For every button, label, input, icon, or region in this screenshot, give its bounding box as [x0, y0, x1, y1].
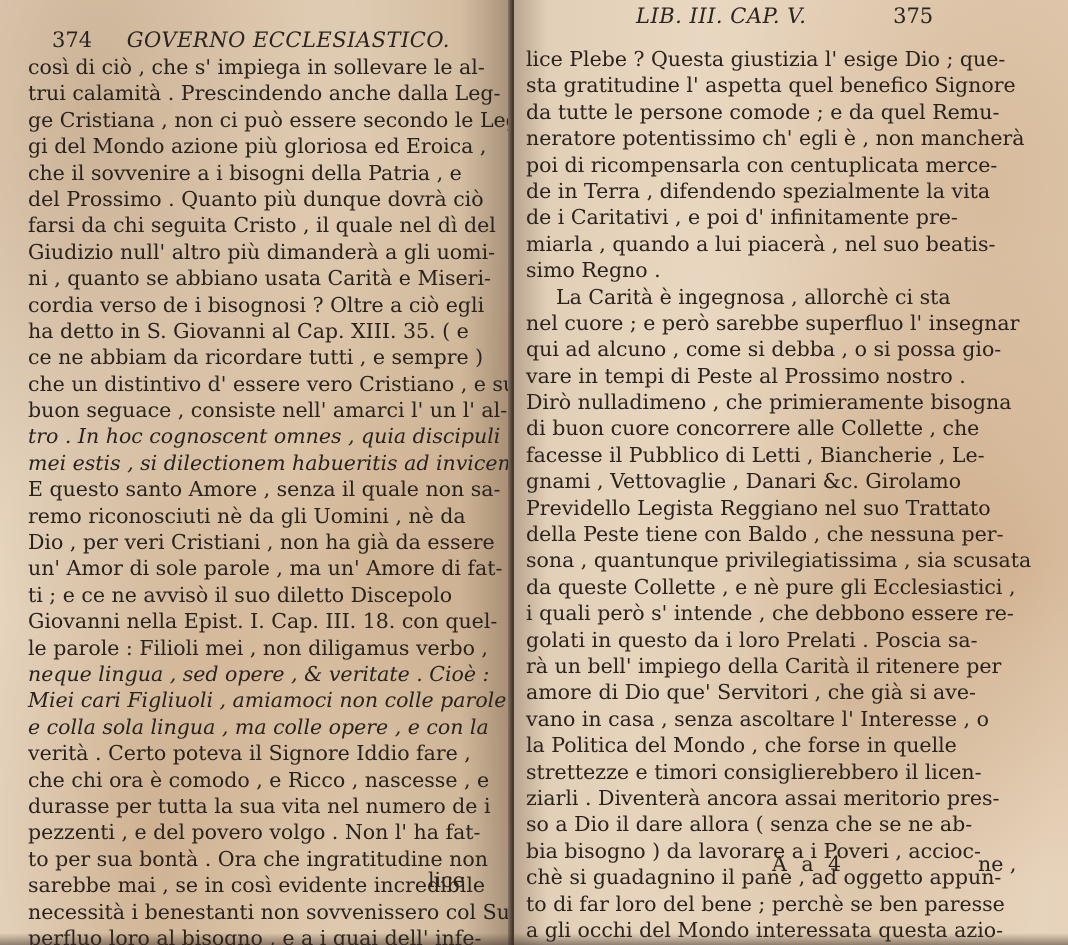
text-line: facesse il Pubblico di Letti , Biancheri…: [526, 442, 1026, 468]
text-line: La Carità è ingegnosa , allorchè ci sta: [526, 284, 1026, 310]
right-page: LIB. III. CAP. V. 375 lice Plebe ? Quest…: [514, 0, 1068, 945]
text-line: gnami , Vettovaglie , Danari &c. Girolam…: [526, 468, 1026, 494]
right-running-head: LIB. III. CAP. V. 375: [636, 4, 933, 28]
text-line: durasse per tutta la sua vita nel numero…: [28, 793, 496, 819]
running-title: LIB. III. CAP. V.: [636, 4, 806, 28]
text-line: che un distintivo d' essere vero Cristia…: [28, 371, 496, 397]
catchword: ne ,: [978, 852, 1016, 876]
text-line: rà un bell' impiego della Carità il rite…: [526, 653, 1026, 679]
left-running-head: 374 GOVERNO ECCLESIASTICO.: [52, 28, 450, 52]
text-line: simo Regno .: [526, 257, 1026, 283]
text-line: de in Terra , difendendo spezialmente la…: [526, 178, 1026, 204]
text-line: la Politica del Mondo , che forse in que…: [526, 732, 1026, 758]
text-line: Dio , per veri Cristiani , non ha già da…: [28, 529, 496, 555]
text-line: farsi da chi seguita Cristo , il quale n…: [28, 212, 496, 238]
running-title: GOVERNO ECCLESIASTICO.: [127, 28, 450, 52]
text-line: vare in tempi di Peste al Prossimo nostr…: [526, 363, 1026, 389]
text-line: amore di Dio que' Servitori , che già si…: [526, 679, 1026, 705]
text-line: ha detto in S. Giovanni al Cap. XIII. 35…: [28, 318, 496, 344]
text-line: così di ciò , che s' impiega in sollevar…: [28, 54, 496, 80]
text-line: necessità i benestanti non sovvenissero …: [28, 899, 496, 925]
right-page-body: lice Plebe ? Questa giustizia l' esige D…: [526, 46, 1026, 943]
text-line: ni , quanto se abbiano usata Carità e Mi…: [28, 265, 496, 291]
text-line: vano in casa , senza ascoltare l' Intere…: [526, 706, 1026, 732]
text-line: del Prossimo . Quanto più dunque dovrà c…: [28, 186, 496, 212]
text-line: che chi ora è comodo , e Ricco , nascess…: [28, 767, 496, 793]
text-line: neque lingua , sed opere , & veritate . …: [28, 661, 496, 687]
text-line: sona , quantunque privilegiatissima , si…: [526, 547, 1026, 573]
left-page: 374 GOVERNO ECCLESIASTICO. così di ciò ,…: [0, 0, 512, 945]
page-number: 375: [893, 4, 933, 28]
text-line: che il sovvenire a i bisogni della Patri…: [28, 160, 496, 186]
text-line: da tutte le persone comode ; e da quel R…: [526, 99, 1026, 125]
text-line: poi di ricompensarla con centuplicata me…: [526, 152, 1026, 178]
text-line: cordia verso de i bisognosi ? Oltre a ci…: [28, 292, 496, 318]
text-line: sta gratitudine l' aspetta quel benefico…: [526, 72, 1026, 98]
text-line: de i Caritativi , e poi d' infinitamente…: [526, 204, 1026, 230]
text-line: Giovanni nella Epist. I. Cap. III. 18. c…: [28, 608, 496, 634]
text-line: trui calamità . Prescindendo anche dalla…: [28, 80, 496, 106]
text-line: un' Amor di sole parole , ma un' Amore d…: [28, 555, 496, 581]
text-line: Giudizio null' altro più dimanderà a gli…: [28, 239, 496, 265]
text-line: ce ne abbiam da ricordare tutti , e semp…: [28, 344, 496, 370]
text-line: buon seguace , consiste nell' amarci l' …: [28, 397, 496, 423]
text-line: ziarli . Diventerà ancora assai meritori…: [526, 785, 1026, 811]
text-line: golati in questo da i loro Prelati . Pos…: [526, 627, 1026, 653]
text-line: E questo santo Amore , senza il quale no…: [28, 476, 496, 502]
text-line: tro . In hoc cognoscent omnes , quia dis…: [28, 423, 496, 449]
text-line: qui ad alcuno , come si debba , o si pos…: [526, 336, 1026, 362]
text-line: strettezze e timori consiglierebbero il …: [526, 759, 1026, 785]
text-line: i quali però s' intende , che debbono es…: [526, 600, 1026, 626]
page-number: 374: [52, 28, 92, 52]
text-line: da queste Collette , e nè pure gli Eccle…: [526, 574, 1026, 600]
text-line: Dirò nulladimeno , che primieramente bis…: [526, 389, 1026, 415]
text-line: remo riconosciuti nè da gli Uomini , nè …: [28, 503, 496, 529]
text-line: neratore potentissimo ch' egli è , non m…: [526, 125, 1026, 151]
page-bottom-edge: [0, 933, 1068, 945]
text-line: e colla sola lingua , ma colle opere , e…: [28, 714, 496, 740]
catchword: lice: [428, 868, 465, 892]
text-line: miarla , quando a lui piacerà , nel suo …: [526, 231, 1026, 257]
text-line: Miei cari Figliuoli , amiamoci non colle…: [28, 687, 496, 713]
text-line: le parole : Filioli mei , non diligamus …: [28, 635, 496, 661]
text-line: mei estis , si dilectionem habueritis ad…: [28, 450, 496, 476]
text-line: sarebbe mai , se in così evidente incred…: [28, 872, 496, 898]
text-line: nel cuore ; e però sarebbe superfluo l' …: [526, 310, 1026, 336]
signature-mark: A a 4: [772, 852, 845, 876]
text-line: della Peste tiene con Baldo , che nessun…: [526, 521, 1026, 547]
text-line: to per sua bontà . Ora che ingratitudine…: [28, 846, 496, 872]
text-line: verità . Certo poteva il Signore Iddio f…: [28, 740, 496, 766]
text-line: lice Plebe ? Questa giustizia l' esige D…: [526, 46, 1026, 72]
text-line: gi del Mondo azione più gloriosa ed Eroi…: [28, 133, 496, 159]
text-line: ti ; e ce ne avvisò il suo diletto Disce…: [28, 582, 496, 608]
text-line: to di far loro del bene ; perchè se ben …: [526, 891, 1026, 917]
text-line: so a Dio il dare allora ( senza che se n…: [526, 811, 1026, 837]
text-line: Previdello Legista Reggiano nel suo Trat…: [526, 495, 1026, 521]
left-page-body: così di ciò , che s' impiega in sollevar…: [28, 54, 496, 945]
text-line: di buon cuore concorrere alle Collette ,…: [526, 415, 1026, 441]
text-line: ge Cristiana , non ci può essere secondo…: [28, 107, 496, 133]
text-line: pezzenti , e del povero volgo . Non l' h…: [28, 819, 496, 845]
